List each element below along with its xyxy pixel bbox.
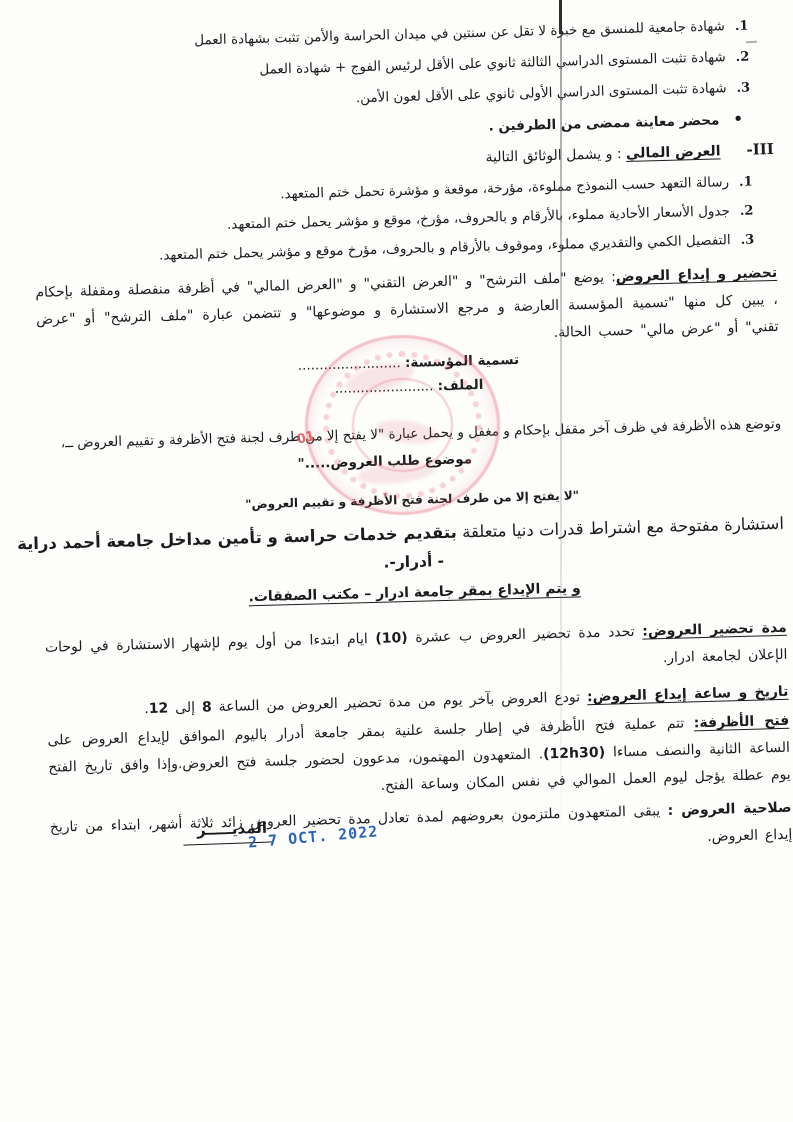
item-number: 2. [740,204,754,219]
offer-validity-paragraph: صلاحية العروض : يبقى المتعهدون ملتزمون ب… [50,795,793,869]
item-number: 3. [736,81,750,96]
item-text: شهادة تثبت المستوى الدراسي الثالثة ثانوي… [259,49,726,78]
preparation-heading: تحضير و إيداع العروض [616,265,778,285]
bullet-icon: • [733,110,743,128]
envelope-opening-paragraph: فتح الأظرفة: تتم عملية فتح الأظرفة في إط… [47,708,791,809]
opening-heading: فتح الأظرفة: [694,713,790,732]
item-number: 3. [740,233,754,248]
scanned-document-page: 1.شهادة جامعية للمنسق مع خبرة لا تقل عن … [0,0,793,1122]
hour-to: 12 [149,701,169,718]
item-number: 1. [735,19,749,34]
item-text: شهادة تثبت المستوى الدراسي الأولى ثانوي … [356,80,727,106]
item-number: 2. [735,50,749,65]
scan-crease-line [560,0,562,840]
offer-preparation-period: مدة تحضير العروض: تحدد مدة تحضير العروض … [45,615,788,689]
section-numeral: III- [746,140,774,159]
item-number: 1. [739,175,753,190]
validity-heading: صلاحية العروض : [667,800,791,819]
section-title: العرض المالي [626,143,721,162]
hour-from: 8 [202,699,212,715]
financial-documents-list: 1.رسالة التعهد حسب النموذج مملوءة، مؤرخة… [33,167,777,274]
duration-days-number: (10) [375,630,408,647]
red-round-stamp: 01 [305,335,500,515]
section-title-rest: : و يشمل الوثائق التالية [485,146,626,166]
duration-heading: مدة تحضير العروض: [642,620,787,640]
opening-time: (12h30) [543,745,605,763]
scan-crease-dark-cap [559,0,562,34]
deadline-heading: تاريخ و ساعة إيداع العروض: [587,684,789,705]
